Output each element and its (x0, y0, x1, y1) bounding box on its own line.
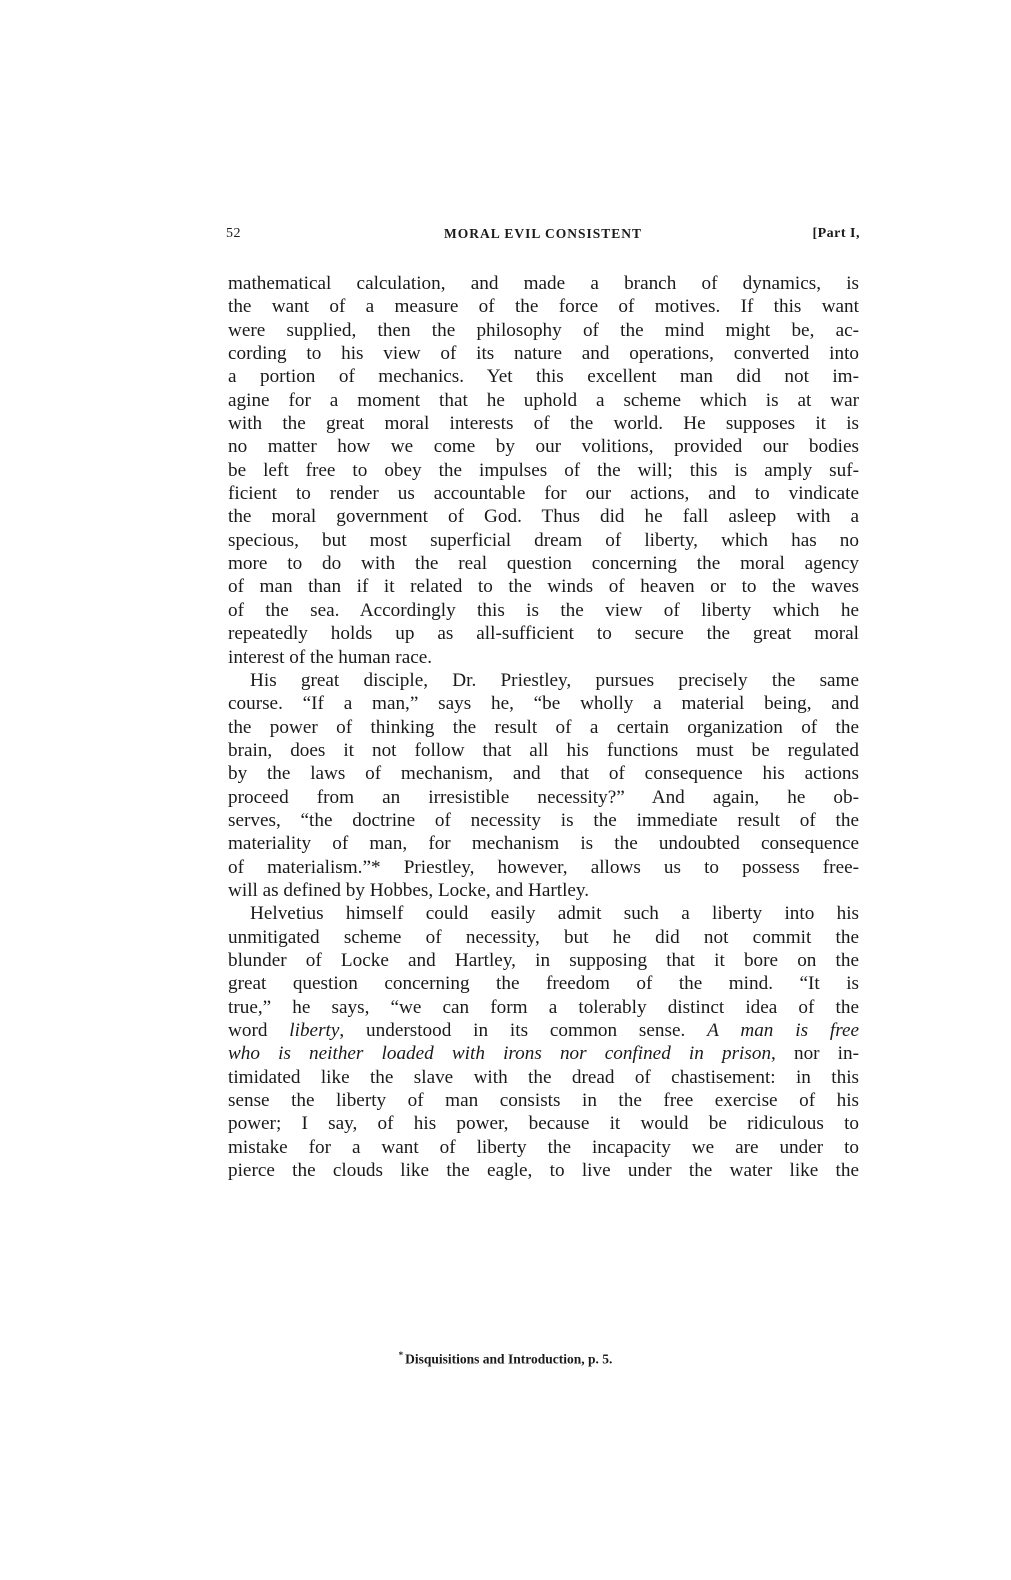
text-line: the moral government of God. Thus did he… (228, 505, 859, 528)
italic-run: A man is free (707, 1020, 859, 1041)
text-line: pierce the clouds like the eagle, to liv… (228, 1159, 859, 1182)
text-line: were supplied, then the philosophy of th… (228, 319, 859, 342)
text-line: will as defined by Hobbes, Locke, and Ha… (228, 879, 859, 902)
text-line: proceed from an irresistible necessity?”… (228, 786, 859, 809)
body-text: mathematical calculation, and made a bra… (228, 272, 859, 1182)
paragraph-3: Helvetius himself could easily admit suc… (228, 902, 859, 1182)
text-line: agine for a moment that he uphold a sche… (228, 389, 859, 412)
running-head: 52 MORAL EVIL CONSISTENT [Part I, (226, 226, 860, 248)
text-line: of materialism.”* Priestley, however, al… (228, 856, 859, 879)
text-line: power; I say, of his power, because it w… (228, 1112, 859, 1135)
text-run: , understood in its common sense. (339, 1020, 707, 1041)
paragraph-2: His great disciple, Dr. Priestley, pursu… (228, 669, 859, 902)
book-page: 52 MORAL EVIL CONSISTENT [Part I, mathem… (0, 0, 1011, 1580)
text-line: with the great moral interests of the wo… (228, 412, 859, 435)
text-line: of the sea. Accordingly this is the view… (228, 599, 859, 622)
text-line: Helvetius himself could easily admit suc… (228, 902, 859, 925)
text-line: the power of thinking the result of a ce… (228, 716, 859, 739)
text-line: cording to his view of its nature and op… (228, 342, 859, 365)
text-line: great question concerning the freedom of… (228, 972, 859, 995)
footnote-marker: * (399, 1350, 404, 1360)
text-line: of man than if it related to the winds o… (228, 575, 859, 598)
text-line: more to do with the real question concer… (228, 552, 859, 575)
text-line: no matter how we come by our volitions, … (228, 435, 859, 458)
running-title: MORAL EVIL CONSISTENT (226, 226, 860, 242)
text-line: serves, “the doctrine of necessity is th… (228, 809, 859, 832)
text-line-with-italics: word liberty, understood in its common s… (228, 1019, 859, 1042)
text-line: mathematical calculation, and made a bra… (228, 272, 859, 295)
text-line: sense the liberty of man consists in the… (228, 1089, 859, 1112)
text-line: repeatedly holds up as all-sufficient to… (228, 622, 859, 645)
text-line: timidated like the slave with the dread … (228, 1066, 859, 1089)
footnote-text: Disquisitions and Introduction, p. 5. (405, 1352, 612, 1367)
paragraph-1: mathematical calculation, and made a bra… (228, 272, 859, 669)
text-line: His great disciple, Dr. Priestley, pursu… (228, 669, 859, 692)
text-run: word (228, 1020, 289, 1041)
text-line: be left free to obey the impulses of the… (228, 459, 859, 482)
text-line: interest of the human race. (228, 646, 859, 669)
italic-run: who is neither loaded with irons nor con… (228, 1043, 771, 1064)
text-line: unmitigated scheme of necessity, but he … (228, 926, 859, 949)
text-line: mistake for a want of liberty the incapa… (228, 1136, 859, 1159)
footnote: *Disquisitions and Introduction, p. 5. (0, 1350, 1011, 1368)
italic-run: liberty (289, 1020, 339, 1041)
text-line: true,” he says, “we can form a tolerably… (228, 996, 859, 1019)
text-line: a portion of mechanics. Yet this excelle… (228, 365, 859, 388)
part-label: [Part I, (812, 226, 860, 242)
text-line: course. “If a man,” says he, “be wholly … (228, 692, 859, 715)
text-line: materiality of man, for mechanism is the… (228, 832, 859, 855)
text-line: brain, does it not follow that all his f… (228, 739, 859, 762)
text-line: the want of a measure of the force of mo… (228, 295, 859, 318)
text-line-with-italics: who is neither loaded with irons nor con… (228, 1042, 859, 1065)
text-line: ficient to render us accountable for our… (228, 482, 859, 505)
text-run: , nor in- (771, 1043, 859, 1064)
text-line: specious, but most superficial dream of … (228, 529, 859, 552)
text-line: blunder of Locke and Hartley, in supposi… (228, 949, 859, 972)
text-line: by the laws of mechanism, and that of co… (228, 762, 859, 785)
